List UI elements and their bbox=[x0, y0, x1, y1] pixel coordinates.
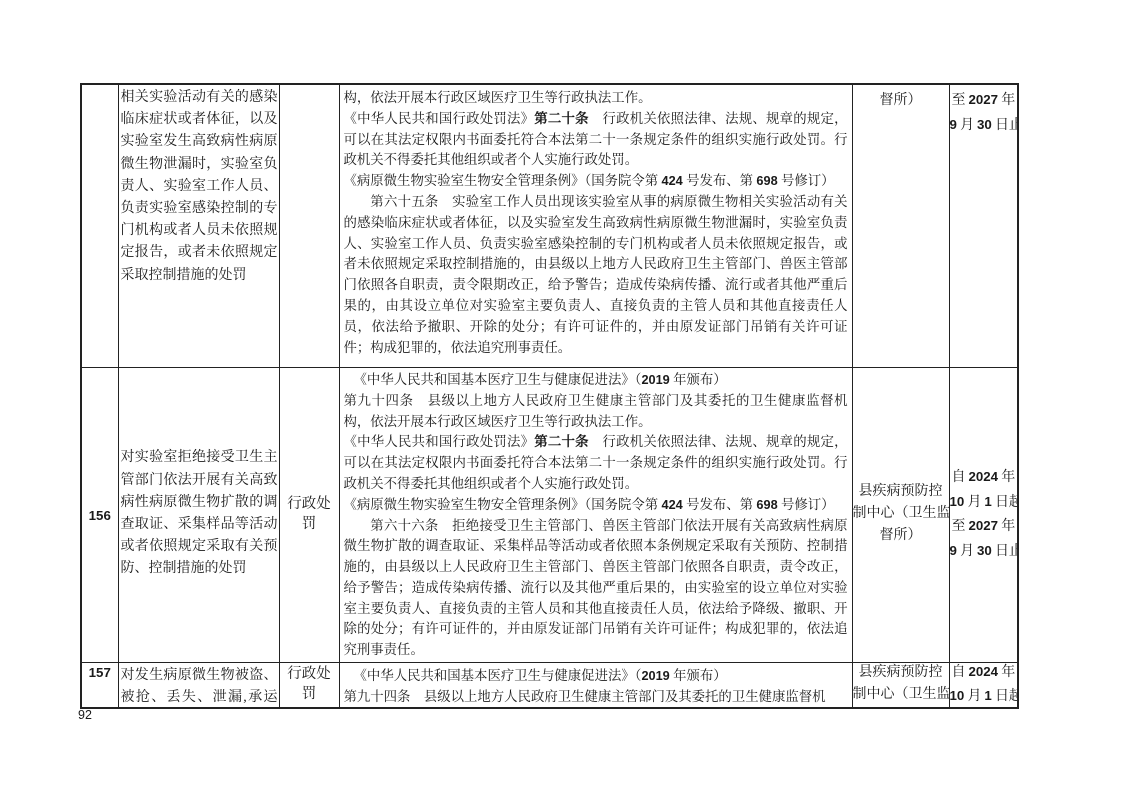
enforcing-agency-cell: 县疾病预防控制中心（卫生监 bbox=[852, 663, 949, 709]
legal-paragraph: 《中华人民共和国基本医疗卫生与健康促进法》（2019 年颁布） bbox=[344, 666, 848, 687]
penalty-type: 行政处罚 bbox=[280, 663, 339, 705]
legal-paragraph: 第六十五条 实验室工作人员出现该实验室从事的病原微生物相关实验活动有关的感染临床… bbox=[344, 192, 848, 358]
legal-paragraph: 第九十四条 县级以上地方人民政府卫生健康主管部门及其委托的卫生健康监督机 bbox=[344, 687, 848, 705]
description-cell: 对实验室拒绝接受卫生主管部门依法开展有关高致病性病原微生物扩散的调查取证、采集样… bbox=[118, 368, 279, 663]
row-id: 157 bbox=[82, 665, 118, 682]
validity-period: 至 2027 年9 月 30 日止 bbox=[950, 85, 1018, 365]
enforcing-agency-cell: 督所） bbox=[852, 84, 949, 368]
validity-period: 自 2024 年10 月 1 日起至 2027 年9 月 30 日止 bbox=[950, 368, 1018, 660]
legal-basis: 构，依法开展本行政区域医疗卫生等行政执法工作。《中华人民共和国行政处罚法》第二十… bbox=[340, 85, 852, 358]
penalty-type: 行政处罚 bbox=[280, 493, 339, 535]
row-id-cell bbox=[81, 84, 118, 368]
legal-paragraph: 《中华人民共和国行政处罚法》第二十条 行政机关依照法律、法规、规章的规定，可以在… bbox=[344, 109, 848, 171]
legal-basis: 《中华人民共和国基本医疗卫生与健康促进法》（2019 年颁布）第九十四条 县级以… bbox=[340, 663, 852, 705]
legal-paragraph: 《中华人民共和国基本医疗卫生与健康促进法》（2019 年颁布） bbox=[344, 370, 848, 391]
table-row: 相关实验活动有关的感染临床症状或者体征，以及实验室发生高致病性病原微生物泄漏时，… bbox=[81, 84, 1018, 368]
penalty-type-cell: 行政处罚 bbox=[279, 368, 339, 663]
description-cell: 对发生病原微生物被盗、被抢、丢失、泄漏,承运单 bbox=[118, 663, 279, 709]
table-row: 157对发生病原微生物被盗、被抢、丢失、泄漏,承运单行政处罚《中华人民共和国基本… bbox=[81, 663, 1018, 709]
legal-paragraph: 《中华人民共和国行政处罚法》第二十条 行政机关依照法律、法规、规章的规定，可以在… bbox=[344, 432, 848, 494]
legal-basis-cell: 《中华人民共和国基本医疗卫生与健康促进法》（2019 年颁布）第九十四条 县级以… bbox=[339, 663, 852, 709]
validity-period-cell: 自 2024 年10 月 1 日起至 2027 年9 月 30 日止 bbox=[949, 368, 1018, 663]
document-page: 相关实验活动有关的感染临床症状或者体征，以及实验室发生高致病性病原微生物泄漏时，… bbox=[0, 0, 1122, 793]
legal-basis-cell: 《中华人民共和国基本医疗卫生与健康促进法》（2019 年颁布）第九十四条 县级以… bbox=[339, 368, 852, 663]
table-row: 156对实验室拒绝接受卫生主管部门依法开展有关高致病性病原微生物扩散的调查取证、… bbox=[81, 368, 1018, 663]
validity-period: 自 2024 年10 月 1 日起 bbox=[950, 663, 1018, 705]
legal-paragraph: 构，依法开展本行政区域医疗卫生等行政执法工作。 bbox=[344, 88, 848, 109]
regulation-table-body: 相关实验活动有关的感染临床症状或者体征，以及实验室发生高致病性病原微生物泄漏时，… bbox=[81, 84, 1018, 708]
legal-basis-cell: 构，依法开展本行政区域医疗卫生等行政执法工作。《中华人民共和国行政处罚法》第二十… bbox=[339, 84, 852, 368]
enforcing-agency: 督所） bbox=[853, 85, 949, 367]
enforcing-agency-cell: 县疾病预防控制中心（卫生监督所） bbox=[852, 368, 949, 663]
row-id-cell: 156 bbox=[81, 368, 118, 663]
matter-description: 相关实验活动有关的感染临床症状或者体征，以及实验室发生高致病性病原微生物泄漏时，… bbox=[119, 85, 279, 287]
matter-description: 对实验室拒绝接受卫生主管部门依法开展有关高致病性病原微生物扩散的调查取证、采集样… bbox=[119, 447, 279, 580]
description-cell: 相关实验活动有关的感染临床症状或者体征，以及实验室发生高致病性病原微生物泄漏时，… bbox=[118, 84, 279, 368]
legal-paragraph: 《病原微生物实验室生物安全管理条例》（国务院令第 424 号发布、第 698 号… bbox=[344, 171, 848, 192]
regulation-table: 相关实验活动有关的感染临床症状或者体征，以及实验室发生高致病性病原微生物泄漏时，… bbox=[80, 83, 1019, 709]
validity-period-cell: 至 2027 年9 月 30 日止 bbox=[949, 84, 1018, 368]
row-id-cell: 157 bbox=[81, 663, 118, 709]
legal-basis: 《中华人民共和国基本医疗卫生与健康促进法》（2019 年颁布）第九十四条 县级以… bbox=[340, 368, 852, 660]
legal-paragraph: 第六十六条 拒绝接受卫生主管部门、兽医主管部门依法开展有关高致病性病原微生物扩散… bbox=[344, 516, 848, 661]
legal-paragraph: 《病原微生物实验室生物安全管理条例》（国务院令第 424 号发布、第 698 号… bbox=[344, 495, 848, 516]
penalty-type-cell bbox=[279, 84, 339, 368]
penalty-type bbox=[280, 85, 339, 87]
matter-description: 对发生病原微生物被盗、被抢、丢失、泄漏,承运单 bbox=[119, 663, 279, 705]
row-id: 156 bbox=[82, 508, 118, 525]
page-number: 92 bbox=[78, 708, 92, 722]
legal-paragraph: 第九十四条 县级以上地方人民政府卫生健康主管部门及其委托的卫生健康监督机构，依法… bbox=[344, 391, 848, 433]
penalty-type-cell: 行政处罚 bbox=[279, 663, 339, 709]
enforcing-agency: 县疾病预防控制中心（卫生监督所） bbox=[853, 368, 949, 660]
validity-period-cell: 自 2024 年10 月 1 日起 bbox=[949, 663, 1018, 709]
enforcing-agency: 县疾病预防控制中心（卫生监 bbox=[853, 663, 949, 705]
